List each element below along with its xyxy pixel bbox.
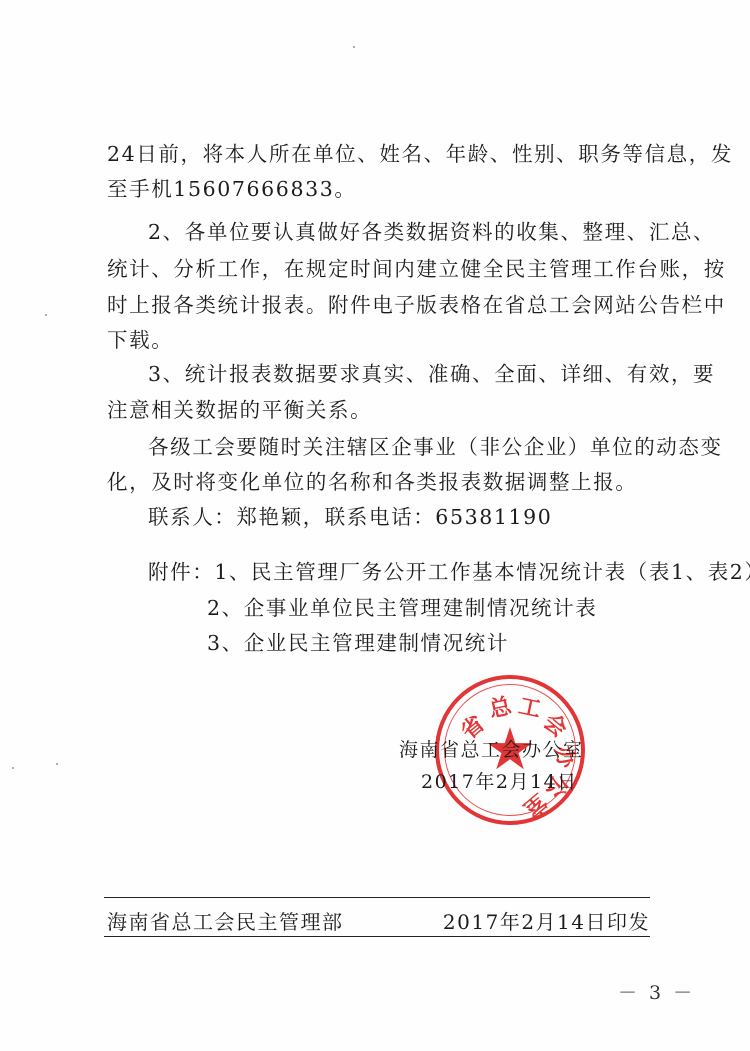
body-line-4: 统计、分析工作，在规定时间内建立健全民主管理工作台账，按 xyxy=(107,255,726,283)
body-line-2: 至手机15607666833。 xyxy=(107,175,356,203)
attachment-item-1: 1、民主管理厂务公开工作基本情况统计表（表1、表2） xyxy=(214,560,750,584)
signature-organization: 海南省总工会办公室 xyxy=(399,735,584,762)
body-line-9: 各级工会要随时关注辖区企事业（非公企业）单位的动态变 xyxy=(148,433,723,461)
attachment-line-1: 附件：1、民主管理厂务公开工作基本情况统计表（表1、表2） xyxy=(148,558,750,586)
footer-bottom-rule xyxy=(104,936,650,937)
contact-line: 联系人：郑艳颖，联系电话：65381190 xyxy=(148,503,552,531)
document-page: 24日前，将本人所在单位、姓名、年龄、性别、职务等信息，发 至手机1560766… xyxy=(0,0,750,1051)
scan-speck xyxy=(353,46,355,48)
body-line-1: 24日前，将本人所在单位、姓名、年龄、性别、职务等信息，发 xyxy=(107,140,733,168)
body-line-3: 2、各单位要认真做好各类数据资料的收集、整理、汇总、 xyxy=(148,218,715,246)
body-line-8: 注意相关数据的平衡关系。 xyxy=(107,396,372,424)
body-line-5: 时上报各类统计报表。附件电子版表格在省总工会网站公告栏中 xyxy=(107,291,726,319)
scan-speck xyxy=(56,763,58,765)
signature-date: 2017年2月14日 xyxy=(421,767,578,794)
page-number: － 3 － xyxy=(618,978,695,1005)
attachment-item-2: 2、企事业单位民主管理建制情况统计表 xyxy=(207,594,597,622)
footer-issuer: 海南省总工会民主管理部 xyxy=(107,906,344,935)
footer-issue-date: 2017年2月14日印发 xyxy=(443,906,650,935)
scan-speck xyxy=(12,767,14,769)
attachment-label: 附件： xyxy=(148,560,214,584)
body-line-10: 化，及时将变化单位的名称和各类报表数据调整上报。 xyxy=(107,468,637,496)
body-line-6: 下载。 xyxy=(107,326,173,354)
scan-speck xyxy=(45,314,47,316)
attachment-item-3: 3、企业民主管理建制情况统计 xyxy=(207,629,509,657)
footer-top-rule xyxy=(104,897,650,898)
body-line-7: 3、统计报表数据要求真实、准确、全面、详细、有效，要 xyxy=(148,360,715,388)
